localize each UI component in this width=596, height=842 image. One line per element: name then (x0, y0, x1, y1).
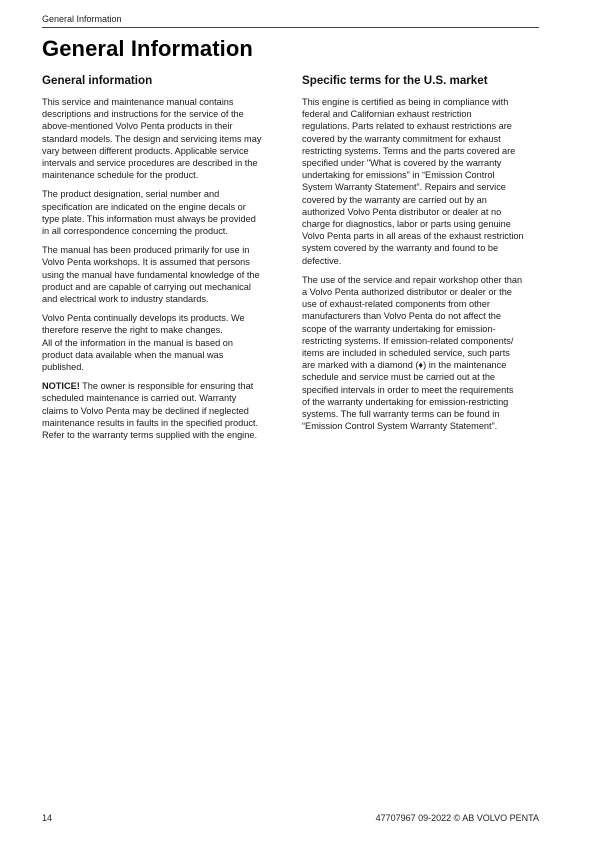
notice-label: NOTICE! (42, 381, 80, 391)
document-info: 47707967 09-2022 © AB VOLVO PENTA (376, 813, 539, 824)
paragraph-warranty-scope: The use of the service and repair worksh… (302, 274, 540, 433)
page-title: General Information (42, 35, 253, 63)
paragraph-emission-certification: This engine is certified as being in com… (302, 96, 540, 267)
paragraph-product-designation: The product designation, serial number a… (42, 188, 280, 237)
paragraph-product-changes: Volvo Penta continually develops its pro… (42, 312, 280, 373)
paragraph-manual-scope: This service and maintenance manual cont… (42, 96, 280, 181)
paragraph-workshop-use: The manual has been produced primarily f… (42, 244, 280, 305)
general-information-section: General information This service and mai… (42, 74, 280, 448)
header-divider (42, 27, 539, 28)
notice-paragraph: NOTICE! The owner is responsible for ens… (42, 380, 280, 441)
section-heading-us-market: Specific terms for the U.S. market (302, 74, 540, 88)
section-heading-general-information: General information (42, 74, 280, 88)
page-number: 14 (42, 813, 52, 824)
running-header: General Information (42, 14, 538, 25)
us-market-terms-section: Specific terms for the U.S. market This … (302, 74, 540, 439)
